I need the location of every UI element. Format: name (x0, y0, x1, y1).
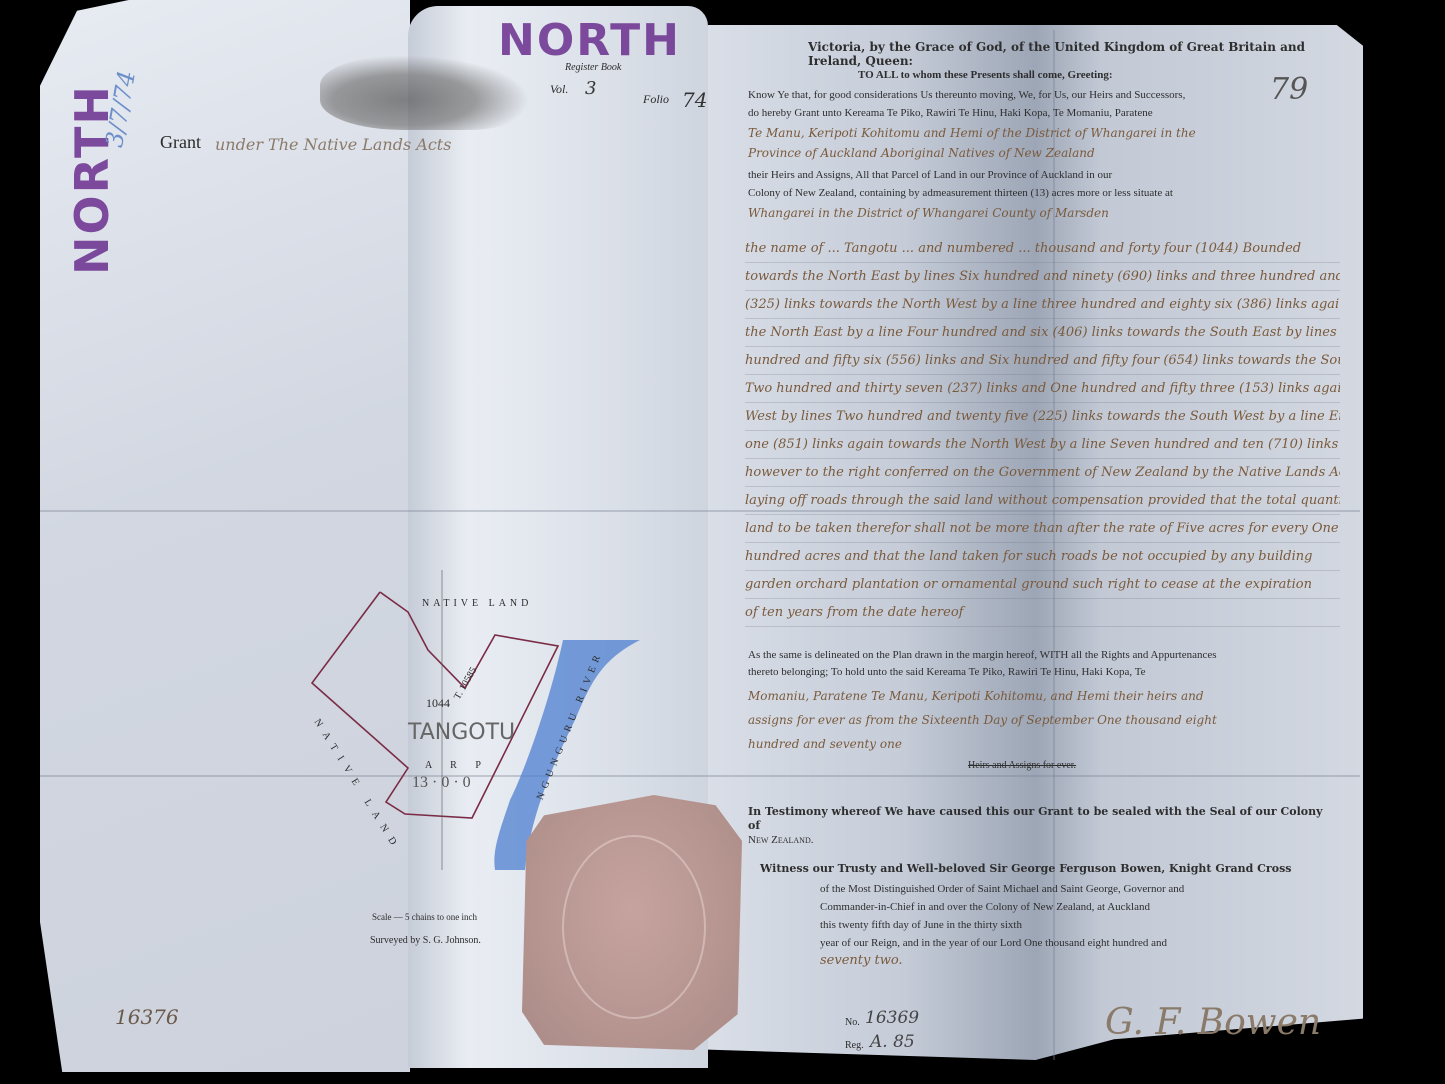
habendum-line: assigns for ever as from the Sixteenth D… (748, 713, 1338, 727)
registry-reg-label: Reg. (845, 1040, 864, 1051)
habendum-line: thereto belonging; To hold unto the said… (748, 665, 1338, 679)
witness-line: Commander-in-Chief in and over the Colon… (760, 900, 1340, 914)
description-line: the name of ... Tangotu ... and numbered… (745, 235, 1340, 263)
map-scale: Scale — 5 chains to one inch (372, 912, 477, 922)
map-native-land-top: NATIVE LAND (422, 598, 532, 609)
map-plot-number: 1044 (426, 696, 450, 711)
preamble-line: do hereby Grant unto Kereama Te Piko, Ra… (748, 106, 1338, 120)
description-line: one (851) links again towards the North … (745, 431, 1340, 459)
witness-line: of the Most Distinguished Order of Saint… (760, 882, 1340, 896)
testimonium-line: In Testimony whereof We have caused this… (748, 805, 1338, 833)
vol-number: 3 (585, 78, 596, 99)
description-line: laying off roads through the said land w… (745, 487, 1340, 515)
habendum-line: hundred and seventy one (748, 737, 1338, 751)
witness-line: seventy two. (760, 954, 1340, 968)
preamble-line: Whangarei in the District of Whangarei C… (748, 206, 1338, 220)
governor-signature: G. F. Bowen (1105, 1002, 1321, 1043)
description-line: West by lines Two hundred and twenty fiv… (745, 403, 1340, 431)
habendum-line: Momaniu, Paratene Te Manu, Keripoti Kohi… (748, 689, 1338, 703)
preamble-line: TO ALL to whom these Presents shall come… (748, 68, 1338, 82)
folio-label: Folio (643, 92, 669, 107)
preamble-line: Know Ye that, for good considerations Us… (748, 88, 1338, 102)
registry-no-label: No. (845, 1017, 860, 1028)
habendum-line: As the same is delineated on the Plan dr… (748, 648, 1338, 662)
description-line: the North East by a line Four hundred an… (745, 319, 1340, 347)
grant-heading-print: Grant (160, 132, 201, 153)
witness-line: year of our Reign, and in the year of ou… (760, 936, 1340, 950)
bottom-left-number: 16376 (115, 1005, 179, 1029)
registry-number: 16369 (865, 1008, 919, 1028)
description-line: of ten years from the date hereof (745, 599, 1340, 627)
map-area-labels: A R P (425, 760, 489, 771)
testimonium-clause: In Testimony whereof We have caused this… (748, 805, 1338, 847)
preamble-line: Victoria, by the Grace of God, of the Un… (748, 40, 1338, 68)
description-line: hundred and fifty six (556) links and Si… (745, 347, 1340, 375)
folio-number: 74 (682, 88, 707, 112)
description-line: garden orchard plantation or ornamental … (745, 571, 1340, 599)
description-line: Two hundred and thirty seven (237) links… (745, 375, 1340, 403)
preamble-line: Te Manu, Keripoti Kohitomu and Hemi of t… (748, 126, 1338, 140)
north-stamp-top: NORTH (498, 15, 681, 66)
registry-reg-value: A. 85 (870, 1032, 915, 1052)
description-line: however to the right conferred on the Go… (745, 459, 1340, 487)
preamble-line: their Heirs and Assigns, All that Parcel… (748, 168, 1338, 182)
description-line: land to be taken therefor shall not be m… (745, 515, 1340, 543)
witness-line: Witness our Trusty and Well-beloved Sir … (760, 862, 1340, 876)
grant-preamble: Victoria, by the Grace of God, of the Un… (748, 40, 1338, 220)
boundary-description: the name of ... Tangotu ... and numbered… (745, 235, 1340, 627)
register-book-label: Register Book (565, 62, 621, 73)
grant-heading-handwritten: under The Native Lands Acts (215, 135, 451, 154)
habendum-clause: As the same is delineated on the Plan dr… (748, 648, 1338, 773)
witness-line: this twenty fifth day of June in the thi… (760, 918, 1340, 932)
testimonium-line: New Zealand. (748, 833, 1338, 847)
horizontal-fold-line (40, 775, 1360, 777)
preamble-line: Colony of New Zealand, containing by adm… (748, 186, 1338, 200)
map-area-value: 13 · 0 · 0 (412, 774, 471, 792)
vol-label: Vol. (550, 82, 568, 97)
seal-emblem (562, 835, 706, 1019)
description-line: (325) links towards the North West by a … (745, 291, 1340, 319)
map-block-title: TANGOTU (408, 720, 515, 745)
witness-clause: Witness our Trusty and Well-beloved Sir … (760, 862, 1340, 968)
description-line: hundred acres and that the land taken fo… (745, 543, 1340, 571)
map-surveyor: Surveyed by S. G. Johnson. (370, 935, 481, 946)
colony-wax-seal (522, 795, 742, 1050)
preamble-line: Province of Auckland Aboriginal Natives … (748, 146, 1338, 160)
struck-heirs-line: Heirs and Assigns for ever. (748, 759, 1338, 773)
description-line: towards the North East by lines Six hund… (745, 263, 1340, 291)
